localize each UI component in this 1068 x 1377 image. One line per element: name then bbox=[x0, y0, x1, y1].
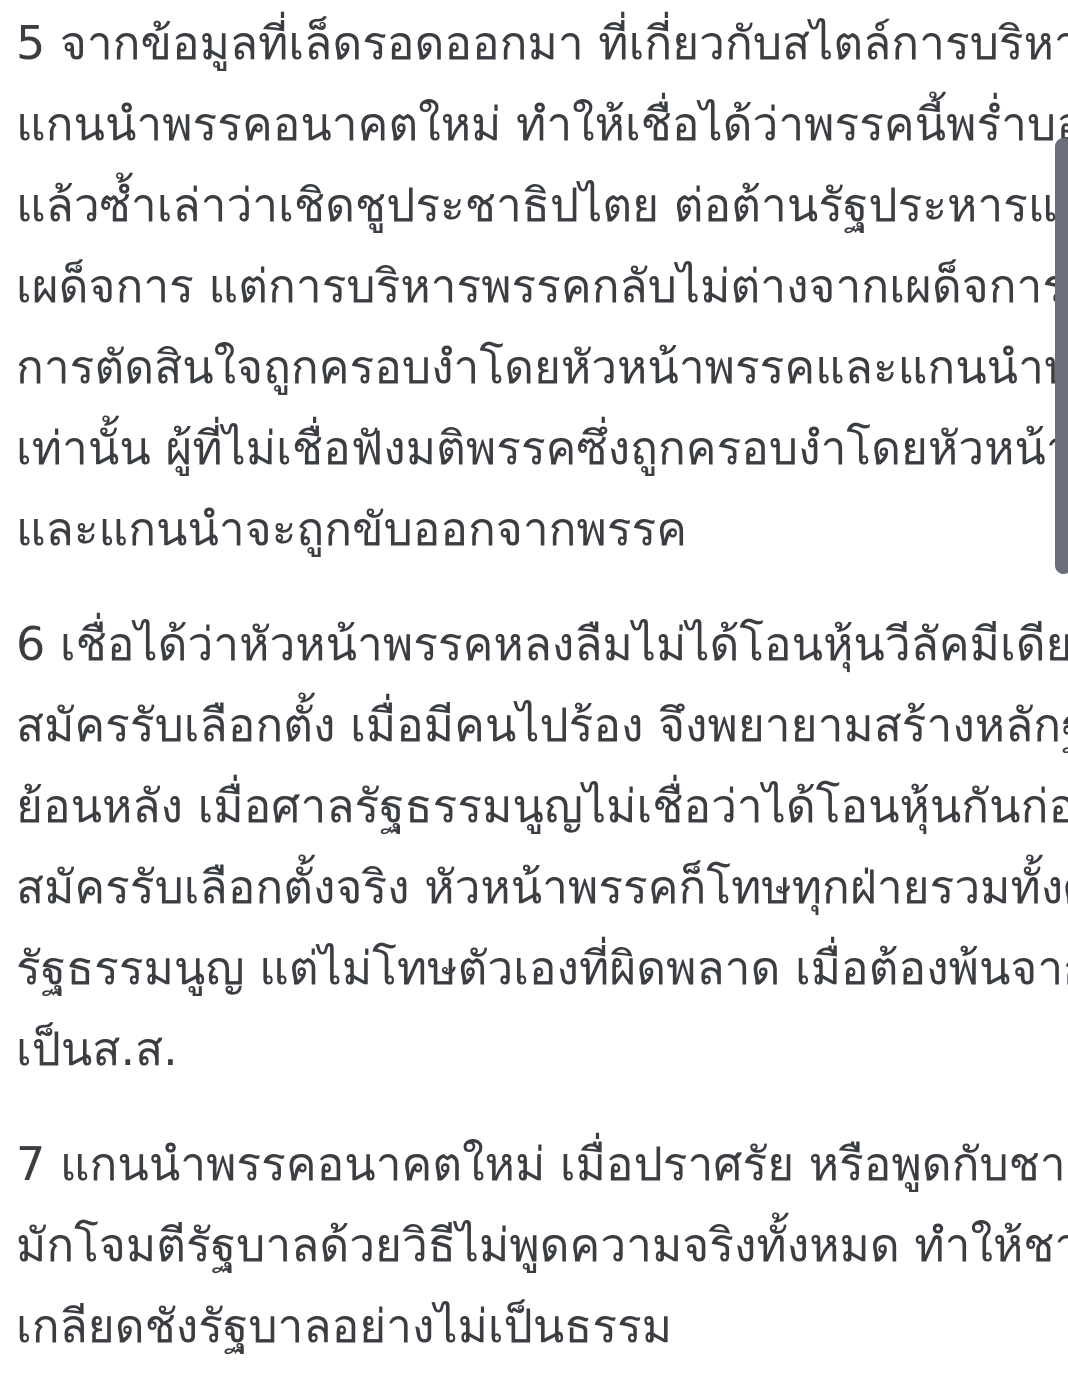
text-line: และแกนนำจะถูกขับออกจากพรรค bbox=[16, 489, 1048, 570]
paragraph-6: 6 เชื่อได้ว่าหัวหน้าพรรคหลงลืมไม่ได้โอนห… bbox=[16, 604, 1048, 1090]
text-line: 7 แกนนำพรรคอนาคตใหม่ เมื่อปราศรัย หรือพู… bbox=[16, 1124, 1048, 1205]
text-line: แล้วซ้ำเล่าว่าเชิดชูประชาธิปไตย ต่อต้านร… bbox=[16, 165, 1048, 246]
document-body: 5 จากข้อมูลที่เล็ดรอดออกมา ที่เกี่ยวกับส… bbox=[0, 0, 1068, 1367]
text-line: ย้อนหลัง เมื่อศาลรัฐธรรมนูญไม่เชื่อว่าได… bbox=[16, 766, 1048, 847]
text-line: สมัครรับเลือกตั้งจริง หัวหน้าพรรคก็โทษทุ… bbox=[16, 847, 1048, 928]
text-line: รัฐธรรมนูญ แต่ไม่โทษตัวเองที่ผิดพลาด เมื… bbox=[16, 928, 1048, 1009]
text-line: เกลียดชังรัฐบาลอย่างไม่เป็นธรรม bbox=[16, 1286, 1048, 1367]
text-line: 6 เชื่อได้ว่าหัวหน้าพรรคหลงลืมไม่ได้โอนห… bbox=[16, 604, 1048, 685]
text-line: เป็นส.ส. bbox=[16, 1009, 1048, 1090]
paragraph-5: 5 จากข้อมูลที่เล็ดรอดออกมา ที่เกี่ยวกับส… bbox=[16, 3, 1048, 570]
text-line: เผด็จการ แต่การบริหารพรรคกลับไม่ต่างจากเ… bbox=[16, 246, 1048, 327]
paragraph-7: 7 แกนนำพรรคอนาคตใหม่ เมื่อปราศรัย หรือพู… bbox=[16, 1124, 1048, 1367]
text-line: แกนนำพรรคอนาคตใหม่ ทำให้เชื่อได้ว่าพรรคน… bbox=[16, 84, 1048, 165]
text-line: เท่านั้น ผู้ที่ไม่เชื่อฟังมติพรรคซึ่งถูก… bbox=[16, 408, 1048, 489]
text-line: มักโจมตีรัฐบาลด้วยวิธีไม่พูดความจริงทั้ง… bbox=[16, 1205, 1048, 1286]
text-line: 5 จากข้อมูลที่เล็ดรอดออกมา ที่เกี่ยวกับส… bbox=[16, 3, 1048, 84]
scrollbar-thumb[interactable] bbox=[1055, 138, 1068, 574]
text-line: สมัครรับเลือกตั้ง เมื่อมีคนไปร้อง จึงพยา… bbox=[16, 685, 1048, 766]
text-line: การตัดสินใจถูกครอบงำโดยหัวหน้าพรรคและแกน… bbox=[16, 327, 1048, 408]
